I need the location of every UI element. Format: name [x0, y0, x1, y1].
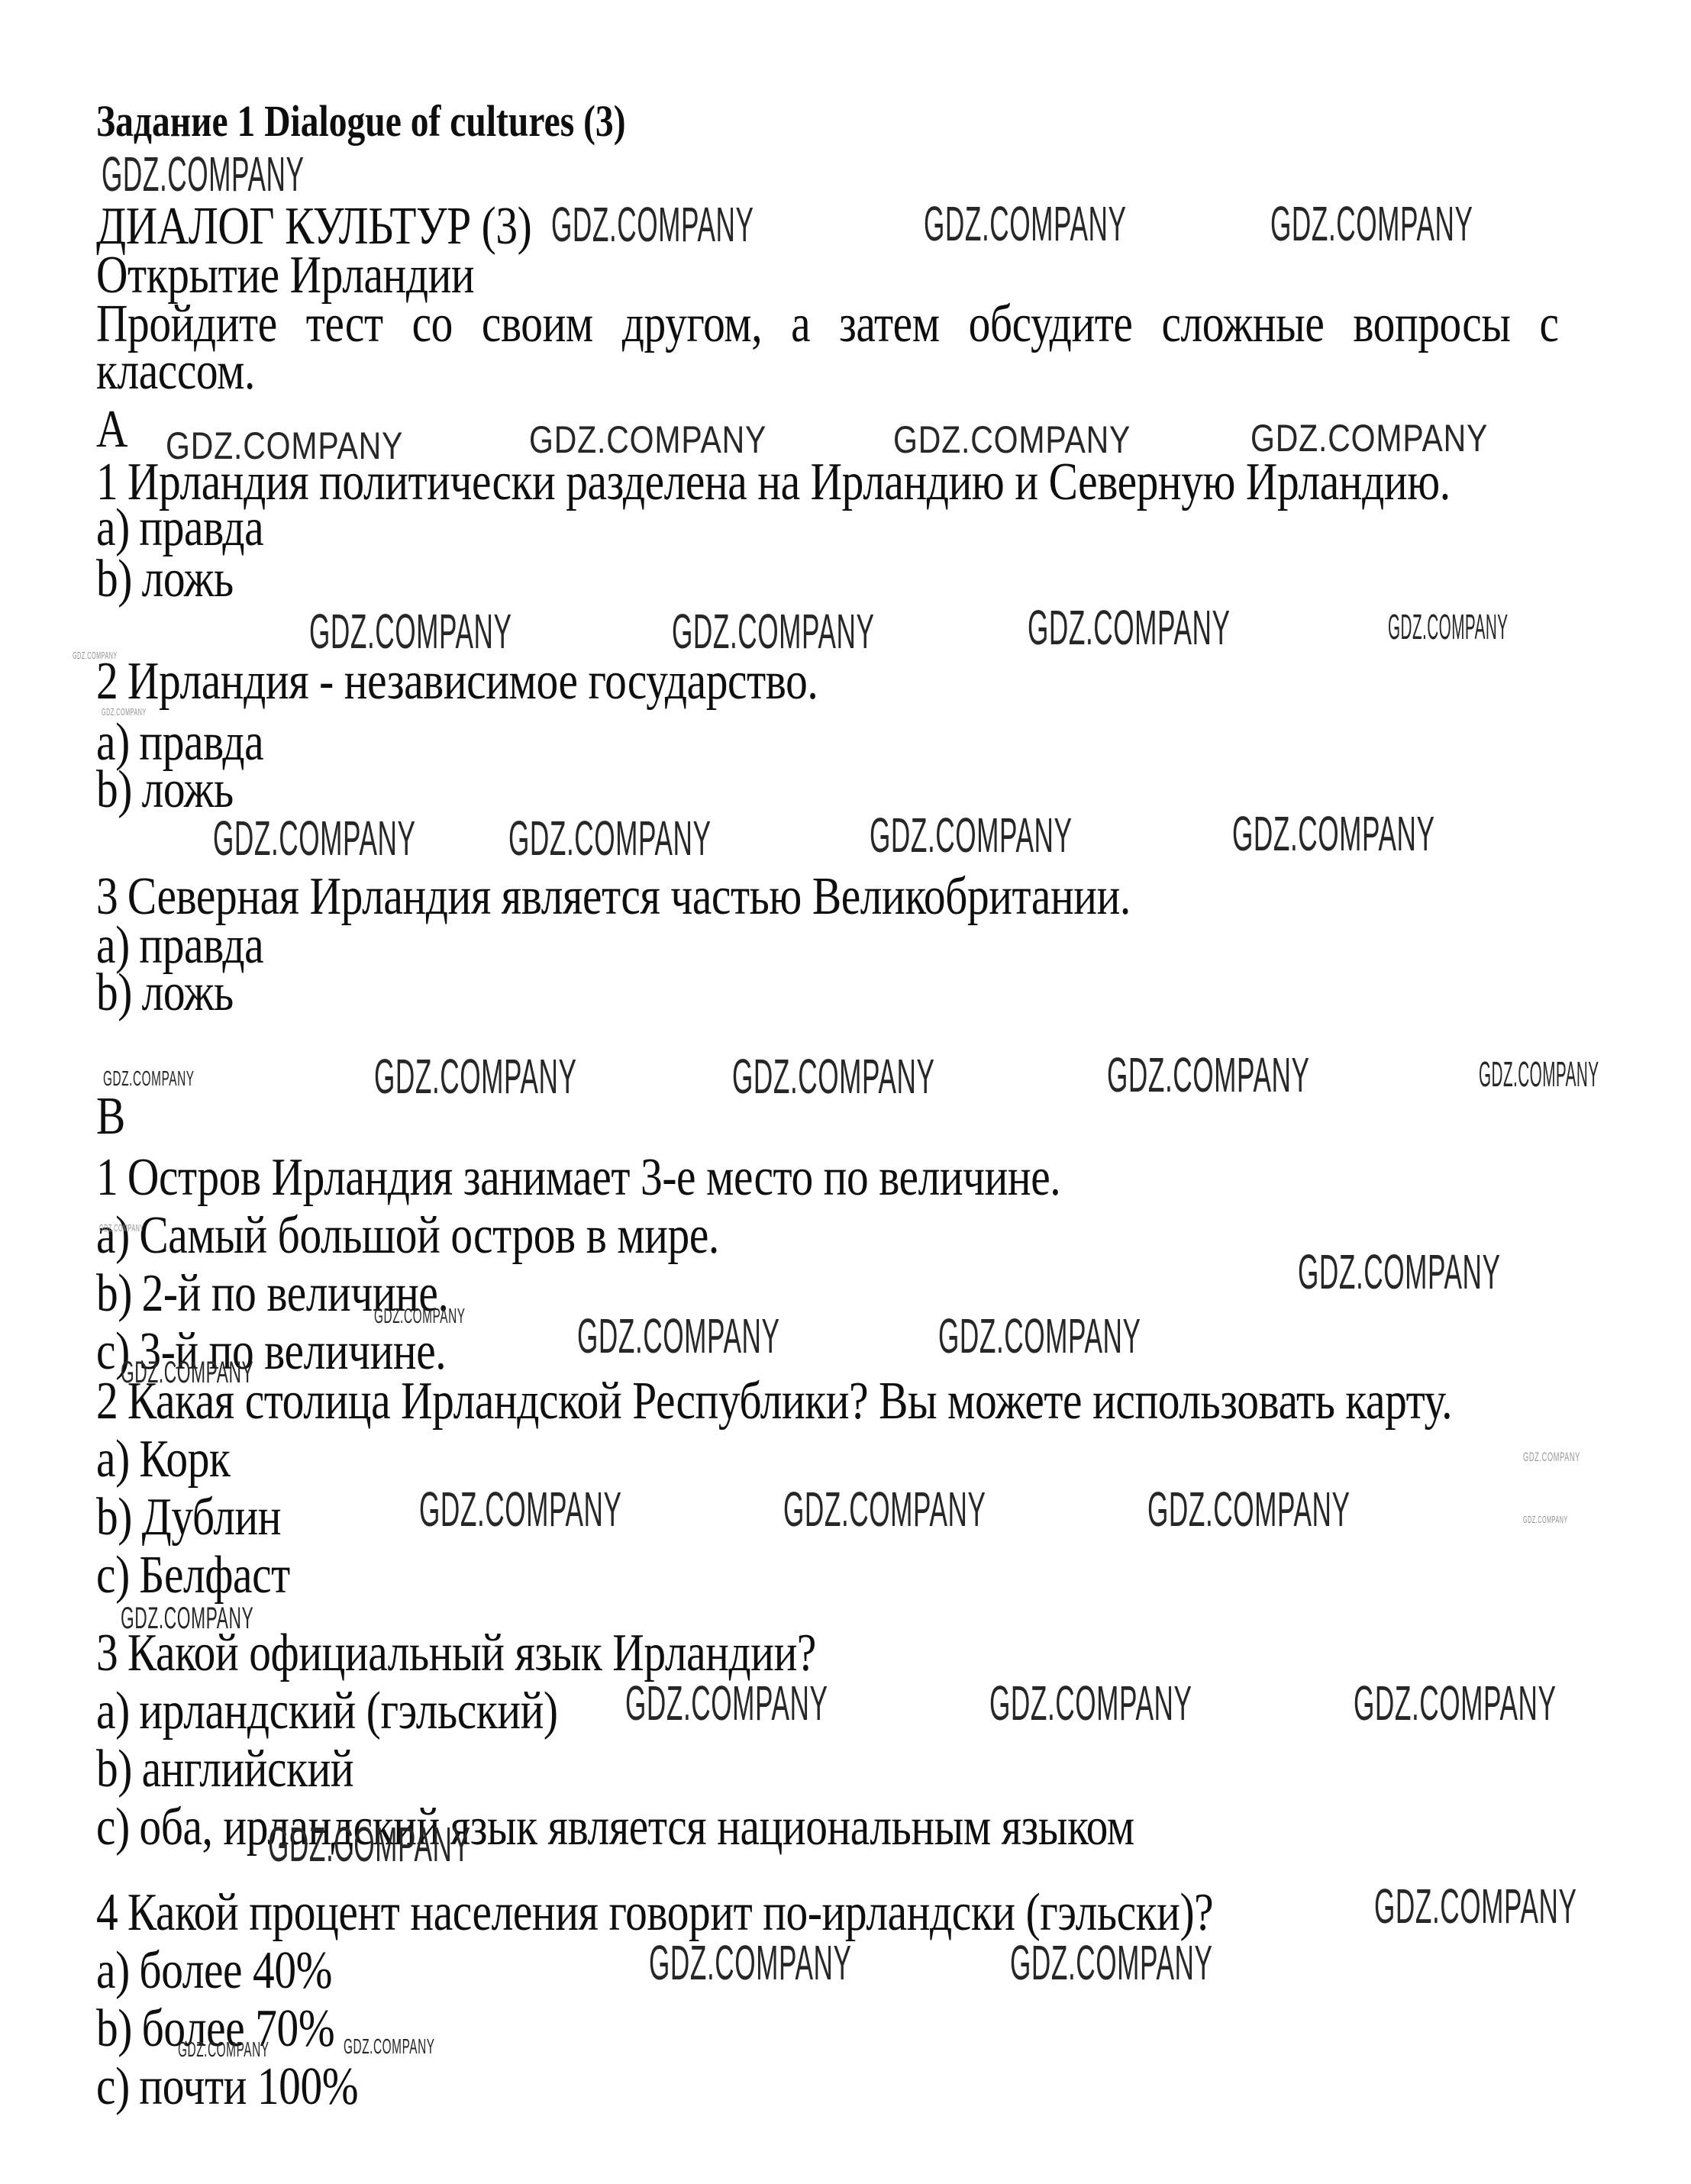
gdz-company-watermark: GDZ.COMPANY: [102, 707, 147, 717]
option-line: a)более 40%: [96, 1944, 332, 1998]
option-key: a): [96, 1206, 139, 1265]
gdz-company-watermark: GDZ.COMPANY: [1523, 1450, 1580, 1463]
gdz-company-watermark: GDZ.COMPANY: [672, 607, 874, 656]
gdz-company-watermark: GDZ.COMPANY: [344, 2036, 435, 2057]
intro-line-2: классом.: [96, 345, 255, 398]
gdz-company-watermark: GDZ.COMPANY: [1251, 419, 1488, 457]
option-line: b)английский: [96, 1743, 353, 1796]
option-line: a)Корк: [96, 1433, 230, 1486]
option-line: b)ложь: [96, 553, 234, 606]
gdz-company-watermark: GDZ.COMPANY: [1147, 1485, 1350, 1534]
option-key: a): [96, 1682, 139, 1740]
gdz-company-watermark: GDZ.COMPANY: [213, 814, 415, 863]
gdz-company-watermark: GDZ.COMPANY: [374, 1052, 576, 1101]
option-key: a): [96, 498, 139, 557]
question-text: Какая столица Ирландской Республики? Вы …: [127, 1372, 1452, 1431]
option-key: b): [96, 1999, 142, 2058]
gdz-company-watermark: GDZ.COMPANY: [268, 1820, 470, 1869]
gdz-company-watermark: GDZ.COMPANY: [1388, 609, 1509, 644]
gdz-company-watermark: GDZ.COMPANY: [99, 1223, 144, 1233]
gdz-company-watermark: GDZ.COMPANY: [577, 1311, 779, 1360]
gdz-company-watermark: GDZ.COMPANY: [374, 1305, 466, 1327]
option-line: c)Белфаст: [96, 1549, 290, 1602]
gdz-company-watermark: GDZ.COMPANY: [102, 150, 304, 198]
option-line: c)оба, ирландский язык является национал…: [96, 1801, 1134, 1854]
gdz-company-watermark: GDZ.COMPANY: [529, 421, 766, 459]
question-number: 4: [96, 1883, 127, 1942]
option-text: ложь: [142, 550, 234, 608]
option-key: c): [96, 2057, 139, 2116]
option-key: b): [96, 760, 142, 819]
gdz-company-watermark: GDZ.COMPANY: [103, 1068, 195, 1089]
gdz-company-watermark: GDZ.COMPANY: [121, 1603, 253, 1634]
gdz-company-watermark: GDZ.COMPANY: [625, 1679, 828, 1728]
gdz-company-watermark: GDZ.COMPANY: [1107, 1050, 1309, 1099]
question-line: 2Ирландия - независимое государство.: [96, 655, 818, 708]
gdz-company-watermark: GDZ.COMPANY: [1523, 1515, 1568, 1524]
option-text: ирландский (гэльский): [139, 1682, 557, 1740]
option-text: Дублин: [142, 1488, 282, 1547]
question-text: Северная Ирландия является частью Велико…: [127, 867, 1131, 926]
gdz-company-watermark: GDZ.COMPANY: [924, 199, 1126, 248]
question-text: Остров Ирландия занимает 3-е место по ве…: [127, 1148, 1060, 1207]
option-line: a)Самый большой остров в мире.: [96, 1209, 719, 1263]
option-text: Самый большой остров в мире.: [139, 1206, 718, 1265]
gdz-company-watermark: GDZ.COMPANY: [649, 1938, 851, 1987]
gdz-company-watermark: GDZ.COMPANY: [1232, 809, 1434, 858]
gdz-company-watermark: GDZ.COMPANY: [166, 427, 403, 465]
gdz-company-watermark: GDZ.COMPANY: [508, 814, 711, 863]
gdz-company-watermark: GDZ.COMPANY: [121, 1357, 253, 1388]
option-line: b)Дублин: [96, 1491, 281, 1544]
gdz-company-watermark: GDZ.COMPANY: [1298, 1247, 1500, 1296]
option-text: ложь: [142, 963, 234, 1022]
question-number: 1: [96, 1148, 127, 1207]
question-text: Ирландия - независимое государство.: [127, 652, 818, 711]
option-line: a)ирландский (гэльский): [96, 1685, 558, 1738]
gdz-company-watermark: GDZ.COMPANY: [1028, 603, 1230, 652]
option-text: более 40%: [139, 1941, 332, 2000]
gdz-company-watermark: GDZ.COMPANY: [1270, 199, 1473, 248]
page-title: Задание 1 Dialogue of cultures (3): [96, 99, 626, 144]
gdz-company-watermark: GDZ.COMPANY: [1354, 1679, 1556, 1728]
option-key: c): [96, 1546, 139, 1605]
gdz-company-watermark: GDZ.COMPANY: [1374, 1882, 1576, 1931]
gdz-company-watermark: GDZ.COMPANY: [783, 1485, 986, 1534]
option-key: b): [96, 1264, 142, 1323]
gdz-company-watermark: GDZ.COMPANY: [1479, 1057, 1599, 1092]
section-label-a: A: [96, 403, 127, 456]
option-text: правда: [139, 498, 263, 557]
gdz-company-watermark: GDZ.COMPANY: [73, 650, 118, 660]
gdz-company-watermark: GDZ.COMPANY: [309, 607, 511, 656]
question-line: 1Остров Ирландия занимает 3-е место по в…: [96, 1151, 1060, 1205]
option-line: a)правда: [96, 502, 263, 555]
option-key: c): [96, 1798, 139, 1857]
option-text: почти 100%: [139, 2057, 358, 2116]
intro-line-1: Пройдите тест со своим другом, а затем о…: [96, 298, 1559, 351]
gdz-company-watermark: GDZ.COMPANY: [893, 421, 1131, 459]
gdz-company-watermark: GDZ.COMPANY: [732, 1052, 934, 1101]
question-text: Какой процент населения говорит по-ирлан…: [127, 1883, 1213, 1942]
option-key: a): [96, 1941, 139, 2000]
option-key: b): [96, 963, 142, 1022]
option-text: Белфаст: [139, 1546, 289, 1605]
gdz-company-watermark: GDZ.COMPANY: [178, 2039, 269, 2060]
option-key: b): [96, 1740, 142, 1798]
option-key: a): [96, 1430, 139, 1489]
option-text: английский: [142, 1740, 354, 1798]
option-line: b)ложь: [96, 966, 234, 1020]
gdz-company-watermark: GDZ.COMPANY: [1010, 1938, 1212, 1987]
question-line: 4Какой процент населения говорит по-ирла…: [96, 1886, 1213, 1940]
gdz-company-watermark: GDZ.COMPANY: [419, 1485, 621, 1534]
option-line: b)ложь: [96, 763, 234, 817]
gdz-company-watermark: GDZ.COMPANY: [938, 1311, 1141, 1360]
option-line: c)почти 100%: [96, 2060, 358, 2114]
document-page: Задание 1 Dialogue of cultures (3) ДИАЛО…: [0, 0, 1691, 2184]
option-key: b): [96, 550, 142, 608]
section-label-b: B: [96, 1090, 125, 1144]
gdz-company-watermark: GDZ.COMPANY: [870, 811, 1072, 860]
option-key: b): [96, 1488, 142, 1547]
question-line: 2Какая столица Ирландской Республики? Вы…: [96, 1375, 1452, 1428]
option-text: Корк: [139, 1430, 230, 1489]
gdz-company-watermark: GDZ.COMPANY: [551, 200, 754, 249]
gdz-company-watermark: GDZ.COMPANY: [989, 1679, 1192, 1728]
